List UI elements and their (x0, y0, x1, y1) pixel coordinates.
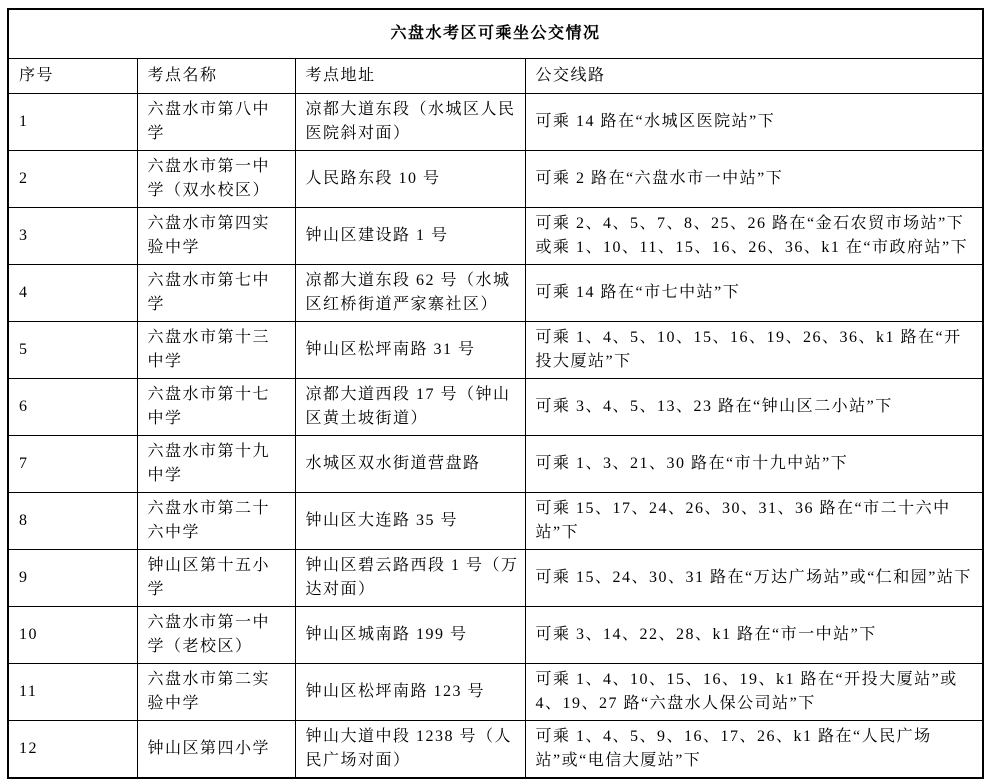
address-cell: 钟山大道中段 1238 号（人民广场对面） (295, 721, 525, 779)
header-seq: 序号 (8, 59, 137, 94)
table-row: 6 六盘水市第十七中学 凉都大道西段 17 号（钟山区黄土坡街道） 可乘 3、4… (8, 379, 983, 436)
routes-cell: 可乘 3、14、22、28、k1 路在“市一中站”下 (525, 607, 983, 664)
routes-cell: 可乘 1、4、5、10、15、16、19、26、36、k1 路在“开投大厦站”下 (525, 322, 983, 379)
address-cell: 人民路东段 10 号 (295, 151, 525, 208)
table-row: 11 六盘水市第二实验中学 钟山区松坪南路 123 号 可乘 1、4、10、15… (8, 664, 983, 721)
routes-cell: 可乘 15、17、24、26、30、31、36 路在“市二十六中站”下 (525, 493, 983, 550)
title-row: 六盘水考区可乘坐公交情况 (8, 9, 983, 59)
header-routes: 公交线路 (525, 59, 983, 94)
address-cell: 凉都大道东段 62 号（水城区红桥街道严家寨社区） (295, 265, 525, 322)
name-cell: 六盘水市第一中学（双水校区） (137, 151, 295, 208)
routes-cell: 可乘 3、4、5、13、23 路在“钟山区二小站”下 (525, 379, 983, 436)
name-cell: 六盘水市第八中学 (137, 94, 295, 151)
seq-cell: 10 (8, 607, 137, 664)
seq-cell: 3 (8, 208, 137, 265)
name-cell: 六盘水市第十三中学 (137, 322, 295, 379)
seq-cell: 12 (8, 721, 137, 779)
name-cell: 钟山区第十五小学 (137, 550, 295, 607)
table-row: 3 六盘水市第四实验中学 钟山区建设路 1 号 可乘 2、4、5、7、8、25、… (8, 208, 983, 265)
seq-cell: 2 (8, 151, 137, 208)
seq-cell: 7 (8, 436, 137, 493)
seq-cell: 9 (8, 550, 137, 607)
document-page: 六盘水考区可乘坐公交情况 序号 考点名称 考点地址 公交线路 1 六盘水市第八中… (0, 0, 990, 781)
header-row: 序号 考点名称 考点地址 公交线路 (8, 59, 983, 94)
address-cell: 钟山区松坪南路 31 号 (295, 322, 525, 379)
name-cell: 六盘水市第十九中学 (137, 436, 295, 493)
routes-cell: 可乘 1、4、10、15、16、19、k1 路在“开投大厦站”或 4、19、27… (525, 664, 983, 721)
table-row: 9 钟山区第十五小学 钟山区碧云路西段 1 号（万达对面） 可乘 15、24、3… (8, 550, 983, 607)
routes-cell: 可乘 1、3、21、30 路在“市十九中站”下 (525, 436, 983, 493)
table-row: 8 六盘水市第二十六中学 钟山区大连路 35 号 可乘 15、17、24、26、… (8, 493, 983, 550)
name-cell: 六盘水市第七中学 (137, 265, 295, 322)
name-cell: 六盘水市第二十六中学 (137, 493, 295, 550)
seq-cell: 6 (8, 379, 137, 436)
name-cell: 钟山区第四小学 (137, 721, 295, 779)
address-cell: 钟山区建设路 1 号 (295, 208, 525, 265)
table-row: 12 钟山区第四小学 钟山大道中段 1238 号（人民广场对面） 可乘 1、4、… (8, 721, 983, 779)
routes-cell: 可乘 1、4、5、9、16、17、26、k1 路在“人民广场站”或“电信大厦站”… (525, 721, 983, 779)
routes-cell: 可乘 15、24、30、31 路在“万达广场站”或“仁和园”站下 (525, 550, 983, 607)
routes-cell: 可乘 2 路在“六盘水市一中站”下 (525, 151, 983, 208)
table-row: 10 六盘水市第一中学（老校区） 钟山区城南路 199 号 可乘 3、14、22… (8, 607, 983, 664)
header-address: 考点地址 (295, 59, 525, 94)
seq-cell: 11 (8, 664, 137, 721)
name-cell: 六盘水市第十七中学 (137, 379, 295, 436)
address-cell: 钟山区大连路 35 号 (295, 493, 525, 550)
address-cell: 钟山区城南路 199 号 (295, 607, 525, 664)
table-row: 5 六盘水市第十三中学 钟山区松坪南路 31 号 可乘 1、4、5、10、15、… (8, 322, 983, 379)
routes-cell: 可乘 2、4、5、7、8、25、26 路在“金石农贸市场站”下或乘 1、10、1… (525, 208, 983, 265)
address-cell: 钟山区碧云路西段 1 号（万达对面） (295, 550, 525, 607)
header-name: 考点名称 (137, 59, 295, 94)
page-title: 六盘水考区可乘坐公交情况 (8, 9, 983, 59)
address-cell: 凉都大道西段 17 号（钟山区黄土坡街道） (295, 379, 525, 436)
address-cell: 钟山区松坪南路 123 号 (295, 664, 525, 721)
address-cell: 凉都大道东段（水城区人民医院斜对面） (295, 94, 525, 151)
seq-cell: 4 (8, 265, 137, 322)
seq-cell: 1 (8, 94, 137, 151)
table-row: 7 六盘水市第十九中学 水城区双水街道营盘路 可乘 1、3、21、30 路在“市… (8, 436, 983, 493)
routes-cell: 可乘 14 路在“水城区医院站”下 (525, 94, 983, 151)
name-cell: 六盘水市第二实验中学 (137, 664, 295, 721)
table-row: 1 六盘水市第八中学 凉都大道东段（水城区人民医院斜对面） 可乘 14 路在“水… (8, 94, 983, 151)
seq-cell: 8 (8, 493, 137, 550)
address-cell: 水城区双水街道营盘路 (295, 436, 525, 493)
name-cell: 六盘水市第一中学（老校区） (137, 607, 295, 664)
name-cell: 六盘水市第四实验中学 (137, 208, 295, 265)
routes-cell: 可乘 14 路在“市七中站”下 (525, 265, 983, 322)
bus-info-table: 六盘水考区可乘坐公交情况 序号 考点名称 考点地址 公交线路 1 六盘水市第八中… (7, 8, 984, 779)
seq-cell: 5 (8, 322, 137, 379)
table-row: 2 六盘水市第一中学（双水校区） 人民路东段 10 号 可乘 2 路在“六盘水市… (8, 151, 983, 208)
table-row: 4 六盘水市第七中学 凉都大道东段 62 号（水城区红桥街道严家寨社区） 可乘 … (8, 265, 983, 322)
